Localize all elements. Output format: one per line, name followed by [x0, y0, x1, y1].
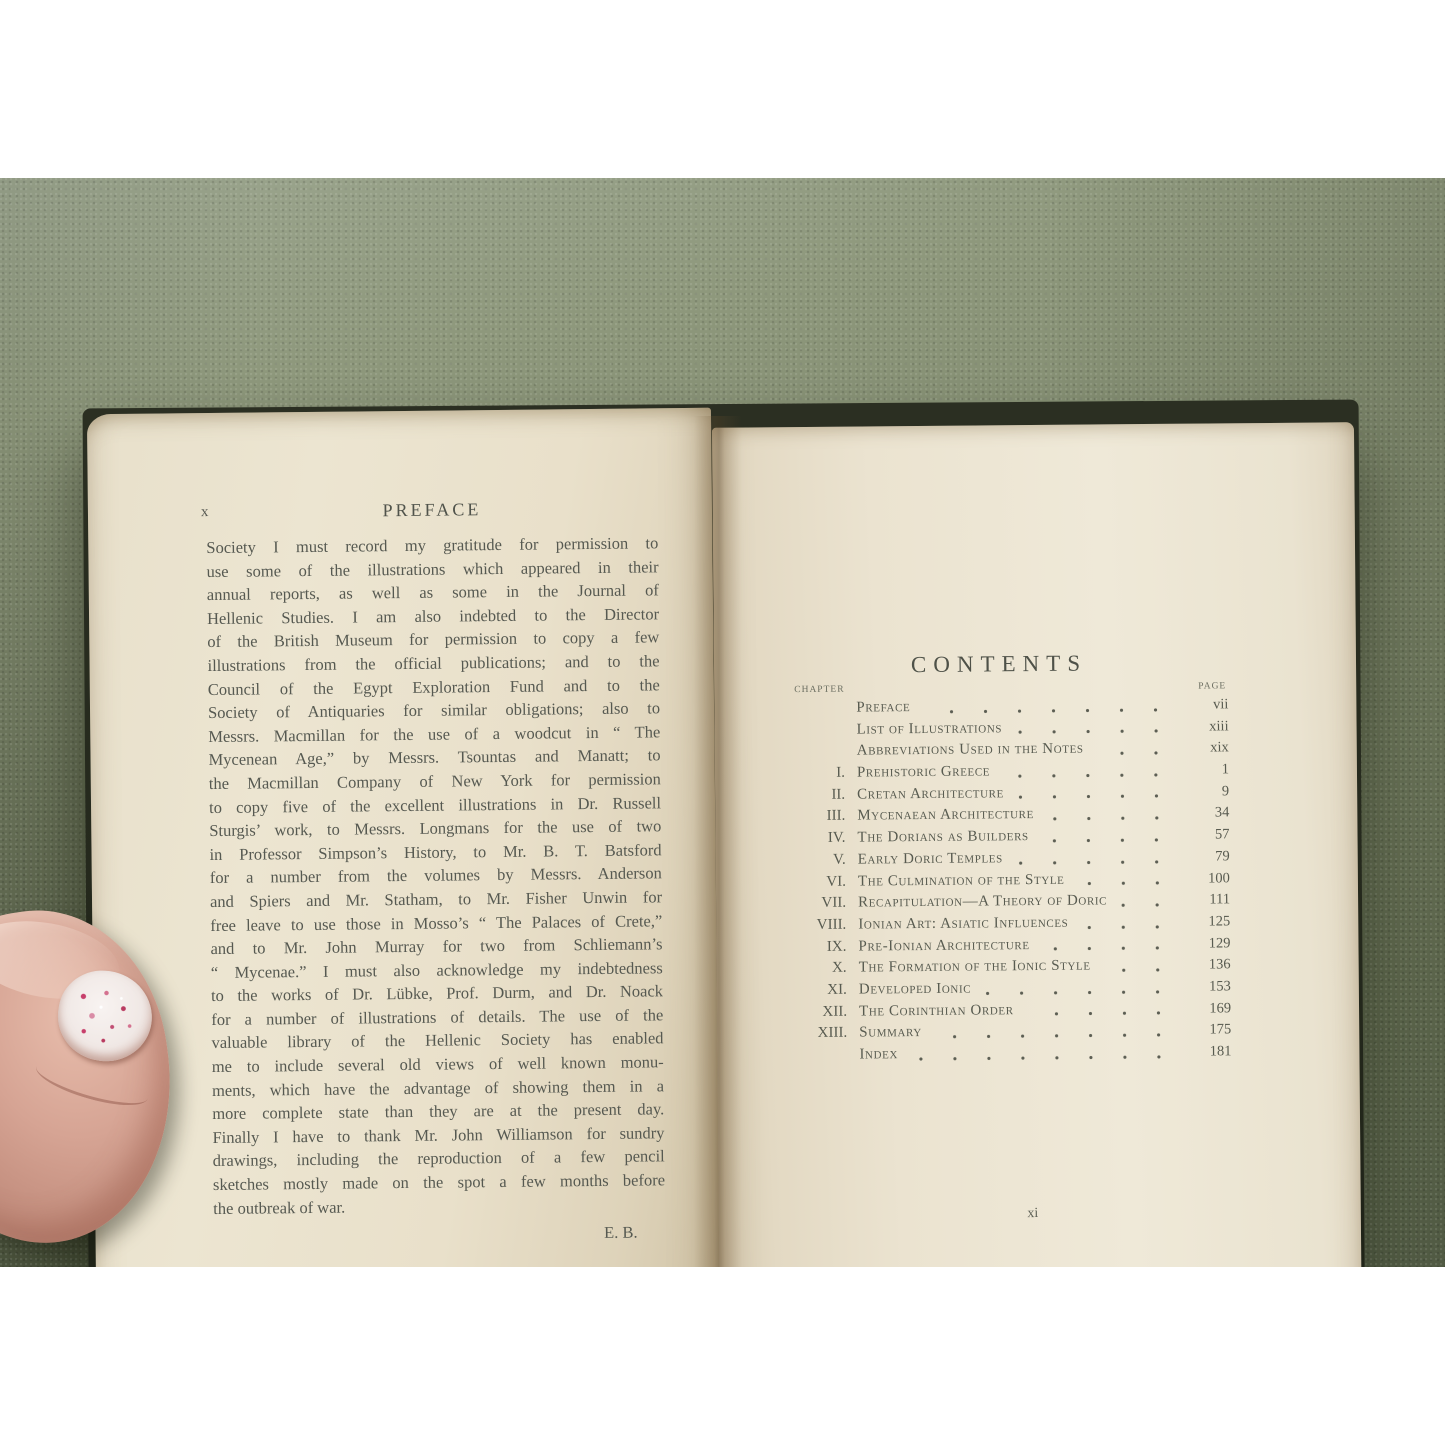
chapter-page-number: 136 — [1185, 957, 1231, 974]
dot-leader — [1043, 836, 1174, 845]
chapter-numeral: VII. — [772, 895, 858, 913]
dot-leader — [1004, 771, 1173, 780]
chapter-numeral: XIII. — [773, 1025, 859, 1043]
chapter-numeral — [771, 755, 857, 756]
left-page-preface: x PREFACE Society I must record my grati… — [87, 408, 721, 1267]
dot-leader — [1018, 792, 1173, 801]
chapter-page-number: 9 — [1183, 783, 1229, 800]
chapter-title: Index — [859, 1046, 898, 1063]
chapter-page-number: 125 — [1184, 913, 1230, 930]
chapter-numeral: VIII. — [772, 916, 858, 934]
contents-entry: Index181 — [773, 1043, 1231, 1069]
dot-leader — [1016, 727, 1173, 736]
dot-leader — [936, 1031, 1175, 1041]
dot-leader — [1044, 944, 1175, 953]
preface-line: the outbreak of war. — [213, 1192, 665, 1220]
photo-canvas: x PREFACE Society I must record my grati… — [0, 0, 1445, 1445]
dot-leader — [912, 1052, 1176, 1062]
chapter-page-number: 111 — [1184, 892, 1230, 909]
chapter-numeral: XI. — [773, 981, 859, 999]
chapter-page-number: 1 — [1183, 761, 1229, 778]
chapter-title: The Dorians as Builders — [857, 828, 1028, 846]
page-column-label: PAGE — [1198, 681, 1228, 691]
preface-heading: PREFACE — [206, 497, 658, 523]
chapter-title: The Culmination of the Style — [858, 871, 1065, 890]
chapter-numeral: I. — [771, 765, 857, 783]
chapter-numeral — [771, 733, 857, 734]
chapter-title: Abbreviations Used in the Notes — [857, 741, 1084, 760]
chapter-page-number: 100 — [1184, 870, 1230, 887]
chapter-column-label: CHAPTER — [770, 685, 844, 696]
chapter-page-number: 129 — [1184, 935, 1230, 952]
chapter-numeral — [773, 1059, 859, 1060]
contents-list: PrefaceviiList of IllustrationsxiiiAbbre… — [770, 696, 1231, 1069]
chapter-numeral — [770, 712, 856, 713]
chapter-page-number: 169 — [1185, 1000, 1231, 1017]
dot-leader — [1078, 879, 1173, 888]
chapter-title: Ionian Art: Asiatic Influences — [858, 915, 1068, 934]
chapter-page-number: xiii — [1182, 718, 1228, 735]
chapter-numeral: IV. — [771, 830, 857, 848]
preface-signature: E. B. — [213, 1220, 665, 1248]
chapter-title: Early Doric Temples — [858, 850, 1003, 868]
chapter-title: Prehistoric Greece — [857, 763, 990, 781]
chapter-numeral: III. — [771, 808, 857, 826]
chapter-title: Summary — [859, 1024, 922, 1042]
preface-line: sketches mostly made on the spot a few m… — [213, 1168, 665, 1196]
chapter-numeral: XII. — [773, 1003, 859, 1021]
right-page-number: xi — [719, 1203, 1361, 1225]
dot-leader — [1082, 922, 1174, 931]
chapter-title: Mycenaean Architecture — [857, 806, 1034, 825]
dot-leader — [1028, 1009, 1175, 1018]
chapter-numeral: V. — [772, 851, 858, 869]
chapter-numeral: IX. — [772, 938, 858, 956]
chapter-title: The Corinthian Order — [859, 1002, 1014, 1020]
dot-leader — [1105, 966, 1175, 975]
chapter-page-number: 57 — [1183, 826, 1229, 843]
chapter-page-number: 79 — [1184, 848, 1230, 865]
chapter-numeral: VI. — [772, 873, 858, 891]
dot-leader — [1121, 901, 1174, 909]
chapter-title: Developed Ionic — [859, 981, 971, 999]
chapter-numeral: X. — [773, 960, 859, 978]
chapter-page-number: 153 — [1185, 978, 1231, 995]
dot-leader — [1017, 857, 1174, 866]
chapter-title: Preface — [856, 699, 910, 716]
chapter-page-number: xix — [1183, 740, 1229, 757]
preface-body: Society I must record my gratitude for p… — [206, 531, 665, 1249]
chapter-page-number: vii — [1182, 696, 1228, 713]
fabric-background: x PREFACE Society I must record my grati… — [0, 178, 1445, 1267]
chapter-page-number: 181 — [1185, 1043, 1231, 1060]
chapter-page-number: 175 — [1185, 1022, 1231, 1039]
chapter-title: Cretan Architecture — [857, 785, 1004, 803]
chapter-title: Pre-Ionian Architecture — [858, 937, 1029, 955]
dot-leader — [985, 987, 1175, 997]
chapter-title: The Formation of the Ionic Style — [859, 958, 1091, 977]
dot-leader — [924, 705, 1172, 715]
contents-column-labels: CHAPTER PAGE — [770, 681, 1228, 695]
contents-heading: CONTENTS — [770, 649, 1228, 679]
chapter-title: Recapitulation—A Theory of Doric — [858, 893, 1107, 912]
right-page-contents: CONTENTS CHAPTER PAGE PrefaceviiList of … — [712, 422, 1362, 1267]
dot-leader — [1048, 814, 1174, 823]
chapter-title: List of Illustrations — [857, 720, 1003, 738]
chapter-numeral: II. — [771, 786, 857, 804]
dot-leader — [1098, 749, 1173, 758]
chapter-page-number: 34 — [1183, 805, 1229, 822]
